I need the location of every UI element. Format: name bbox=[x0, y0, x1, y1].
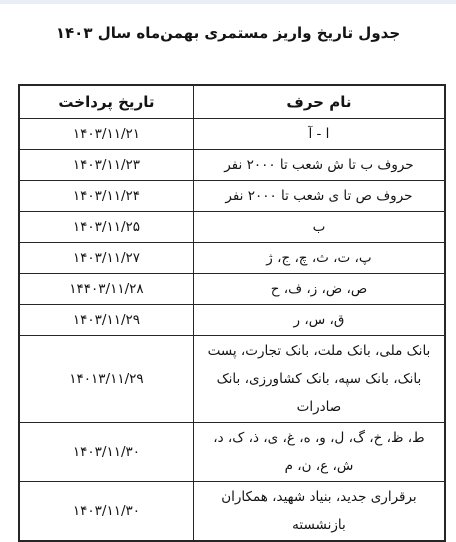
payment-date-cell: ۱۴۰۳/۱۱/۲۷ bbox=[19, 242, 193, 273]
payment-date-cell: ۱۴۰۳/۱۱/۳۰ bbox=[19, 422, 193, 481]
top-strip bbox=[0, 0, 456, 4]
table-row: ط، ظ، خ، گ، ل، و، ه، غ، ی، ذ، ک، د، ش، ع… bbox=[19, 422, 445, 481]
letter-group-cell: برقراری جدید، بنیاد شهید، همکاران بازنشس… bbox=[193, 481, 445, 541]
letter-group-cell: ق، س، ر bbox=[193, 304, 445, 335]
table-row: حروف ب تا ش شعب تا ۲۰۰۰ نفر ۱۴۰۳/۱۱/۲۳ bbox=[19, 149, 445, 180]
letter-group-cell: ص، ض، ز، ف، ح bbox=[193, 273, 445, 304]
letter-group-cell: ط، ظ، خ، گ، ل، و، ه، غ، ی، ذ، ک، د، ش، ع… bbox=[193, 422, 445, 481]
payment-date-cell: ۱۴۰۳/۱۱/۲۹ bbox=[19, 304, 193, 335]
table-row: پ، ت، ث، چ، ج، ژ ۱۴۰۳/۱۱/۲۷ bbox=[19, 242, 445, 273]
payment-date-cell: ۱۴۰۳/۱۱/۲۵ bbox=[19, 211, 193, 242]
table-row: برقراری جدید، بنیاد شهید، همکاران بازنشس… bbox=[19, 481, 445, 541]
header-row: نام حرف تاریخ پرداخت bbox=[19, 85, 445, 118]
table-row: بانک ملی، بانک ملت، بانک تجارت، پست بانک… bbox=[19, 335, 445, 422]
payment-schedule-table: نام حرف تاریخ پرداخت ا - آ ۱۴۰۳/۱۱/۲۱ حر… bbox=[18, 84, 446, 542]
payment-date-cell: ۱۴۰۱۳/۱۱/۲۹ bbox=[19, 335, 193, 422]
page-title: جدول تاریخ واریز مستمری بهمن‌ماه سال ۱۴۰… bbox=[0, 24, 456, 42]
payment-date-cell: ۱۴۰۳/۱۱/۲۴ bbox=[19, 180, 193, 211]
letter-group-cell: حروف ص تا ی شعب تا ۲۰۰۰ نفر bbox=[193, 180, 445, 211]
table-row: ق، س، ر ۱۴۰۳/۱۱/۲۹ bbox=[19, 304, 445, 335]
letter-group-cell: ا - آ bbox=[193, 118, 445, 149]
payment-date-header: تاریخ پرداخت bbox=[19, 85, 193, 118]
table-row: ب ۱۴۰۳/۱۱/۲۵ bbox=[19, 211, 445, 242]
letter-group-cell: بانک ملی، بانک ملت، بانک تجارت، پست بانک… bbox=[193, 335, 445, 422]
payment-date-cell: ۱۴۴۰۳/۱۱/۲۸ bbox=[19, 273, 193, 304]
payment-date-cell: ۱۴۰۳/۱۱/۲۳ bbox=[19, 149, 193, 180]
table-row: حروف ص تا ی شعب تا ۲۰۰۰ نفر ۱۴۰۳/۱۱/۲۴ bbox=[19, 180, 445, 211]
letter-group-cell: ب bbox=[193, 211, 445, 242]
payment-date-cell: ۱۴۰۳/۱۱/۳۰ bbox=[19, 481, 193, 541]
page: جدول تاریخ واریز مستمری بهمن‌ماه سال ۱۴۰… bbox=[0, 0, 456, 542]
table-row: ص، ض، ز، ف، ح ۱۴۴۰۳/۱۱/۲۸ bbox=[19, 273, 445, 304]
letter-group-cell: حروف ب تا ش شعب تا ۲۰۰۰ نفر bbox=[193, 149, 445, 180]
letter-group-cell: پ، ت، ث، چ، ج، ژ bbox=[193, 242, 445, 273]
letter-name-header: نام حرف bbox=[193, 85, 445, 118]
payment-date-cell: ۱۴۰۳/۱۱/۲۱ bbox=[19, 118, 193, 149]
table-row: ا - آ ۱۴۰۳/۱۱/۲۱ bbox=[19, 118, 445, 149]
